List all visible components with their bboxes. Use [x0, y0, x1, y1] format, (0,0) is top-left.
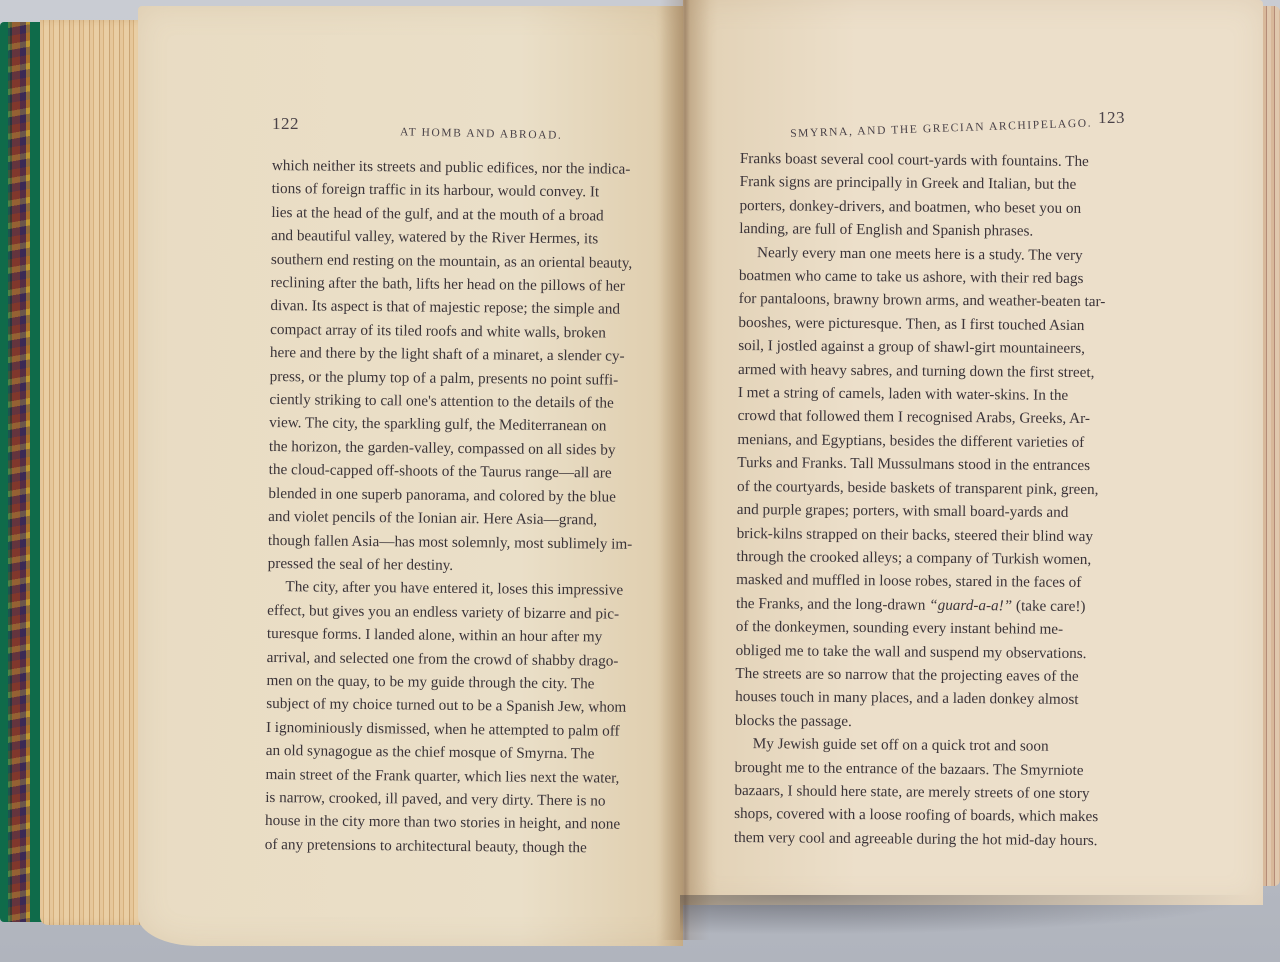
italic-phrase: “guard-a-a!” — [929, 596, 1012, 614]
text-line: boatmen who came to take us ashore, with… — [739, 264, 1134, 291]
left-page-number: 122 — [272, 114, 299, 134]
text-line: brick-kilns strapped on their backs, ste… — [737, 521, 1132, 548]
text-line: booshes, were picturesque. Then, as I fi… — [738, 311, 1133, 338]
text-line: Franks boast several cool court-yards wi… — [740, 147, 1135, 174]
text-line: of the courtyards, beside baskets of tra… — [737, 475, 1132, 502]
text-line: armed with heavy sabres, and turning dow… — [738, 358, 1133, 385]
text-line: through the crooked alleys; a company of… — [736, 545, 1131, 572]
text-line: for pantaloons, brawny brown arms, and w… — [739, 287, 1134, 314]
text-line: menians, and Egyptians, besides the diff… — [737, 428, 1132, 455]
left-page-edges — [40, 20, 150, 925]
text-line: them very cool and agreeable during the … — [734, 826, 1129, 853]
text-line: bazaars, I should here state, are merely… — [734, 779, 1129, 806]
left-page-body: which neither its streets and public edi… — [265, 154, 658, 860]
text-line: shops, covered with a loose roofing of b… — [734, 802, 1129, 829]
text-line: masked and muffled in loose robes, stare… — [736, 568, 1131, 595]
text-line: of the donkeymen, sounding every instant… — [736, 615, 1131, 642]
text-line: here and there by the light shaft of a m… — [270, 341, 656, 368]
text-line: soil, I jostled against a group of shawl… — [738, 334, 1133, 361]
text-line: and purple grapes; porters, with small b… — [737, 498, 1132, 525]
text-line: The streets are so narrow that the proje… — [735, 662, 1130, 689]
text-line: porters, donkey-drivers, and boatmen, wh… — [739, 194, 1134, 221]
text-fragment: (take care!) — [1016, 597, 1086, 615]
page-shadow — [680, 895, 1260, 935]
right-page-body: Franks boast several cool court-yards wi… — [734, 147, 1135, 853]
text-line: turesque forms. I landed alone, within a… — [267, 622, 653, 649]
text-line: landing, are full of English and Spanish… — [739, 217, 1134, 244]
text-line: Frank signs are principally in Greek and… — [740, 170, 1135, 197]
text-line: Nearly every man one meets here is a stu… — [739, 241, 1134, 268]
text-line: obliged me to take the wall and suspend … — [736, 639, 1131, 666]
text-line: of any pretensions to architectural beau… — [265, 833, 651, 860]
text-line: brought me to the entrance of the bazaar… — [734, 756, 1129, 783]
text-line: and violet pencils of the Ionian air. He… — [268, 505, 654, 532]
photo-scene: 122 AT HOMB AND ABROAD. which neither it… — [0, 0, 1280, 962]
text-line-with-italic: the Franks, and the long-drawn “guard-a-… — [736, 592, 1131, 619]
text-line: an old synagogue as the chief mosque of … — [266, 739, 652, 766]
text-line: and beautiful valley, watered by the Riv… — [271, 224, 657, 251]
text-fragment: the Franks, and the long-drawn — [736, 595, 926, 614]
text-line: I met a string of camels, laden with wat… — [738, 381, 1133, 408]
text-line: Turks and Franks. Tall Mussulmans stood … — [737, 451, 1132, 478]
text-line: houses touch in many places, and a laden… — [735, 685, 1130, 712]
text-line: crowd that followed them I recognised Ar… — [738, 404, 1133, 431]
text-line: My Jewish guide set off on a quick trot … — [735, 732, 1130, 759]
right-page-number: 123 — [1098, 108, 1125, 128]
text-line: blocks the passage. — [735, 709, 1130, 736]
